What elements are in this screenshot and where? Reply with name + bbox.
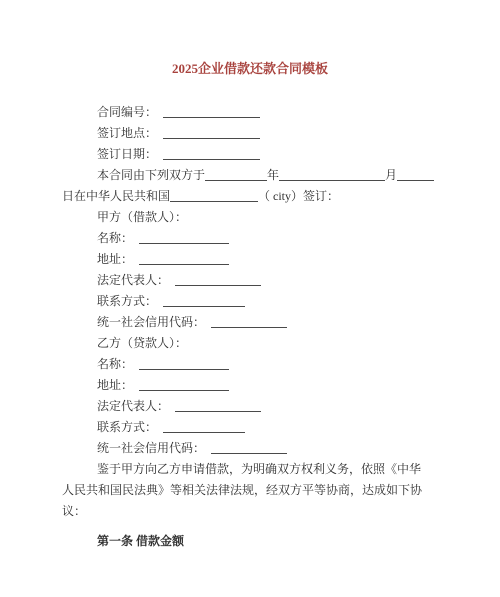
party-b-field-legal-rep: 法定代表人： bbox=[62, 396, 438, 417]
blank-party-a-address bbox=[139, 253, 229, 265]
intro-text-prefix: 本合同由下列双方于 bbox=[97, 168, 205, 182]
party-a-field-address: 地址： bbox=[62, 249, 438, 270]
blank-party-a-name bbox=[139, 232, 229, 244]
party-b-field-contact: 联系方式： bbox=[62, 417, 438, 438]
blank-signing-place bbox=[163, 127, 260, 139]
party-b-label-contact: 联系方式： bbox=[97, 420, 157, 434]
intro-month-label: 月 bbox=[385, 168, 397, 182]
field-label-signing-place: 签订地点： bbox=[97, 126, 157, 140]
field-label-contract-number: 合同编号： bbox=[97, 105, 157, 119]
blank-day bbox=[397, 169, 434, 181]
blank-party-b-address bbox=[139, 379, 229, 391]
party-b-label-name: 名称： bbox=[97, 357, 133, 371]
party-a-field-contact: 联系方式： bbox=[62, 291, 438, 312]
blank-party-b-legal-rep bbox=[175, 400, 261, 412]
section-1-heading: 第一条 借款金额 bbox=[62, 531, 438, 552]
party-a-heading: 甲方（借款人）： bbox=[62, 207, 438, 228]
blank-party-a-legal-rep bbox=[175, 274, 261, 286]
field-signing-place: 签订地点： bbox=[62, 123, 438, 144]
intro-paragraph: 本合同由下列双方于年月日在中华人民共和国（ city）签订： bbox=[62, 165, 438, 207]
blank-city bbox=[170, 190, 258, 202]
field-label-signing-date: 签订日期： bbox=[97, 147, 157, 161]
blank-party-b-credit-code bbox=[211, 442, 287, 454]
blank-contract-number bbox=[163, 106, 260, 118]
party-a-label-contact: 联系方式： bbox=[97, 294, 157, 308]
intro-text-sign: （ city）签订： bbox=[258, 189, 339, 203]
party-b-label-credit-code: 统一社会信用代码： bbox=[97, 441, 205, 455]
blank-party-a-credit-code bbox=[211, 316, 287, 328]
field-signing-date: 签订日期： bbox=[62, 144, 438, 165]
party-a-label-credit-code: 统一社会信用代码： bbox=[97, 315, 205, 329]
party-a-field-legal-rep: 法定代表人： bbox=[62, 270, 438, 291]
party-b-field-credit-code: 统一社会信用代码： bbox=[62, 438, 438, 459]
party-b-field-name: 名称： bbox=[62, 354, 438, 375]
party-b-field-address: 地址： bbox=[62, 375, 438, 396]
party-a-label-address: 地址： bbox=[97, 252, 133, 266]
blank-signing-date bbox=[163, 148, 260, 160]
party-b-label-legal-rep: 法定代表人： bbox=[97, 399, 169, 413]
intro-text-country: 日在中华人民共和国 bbox=[62, 189, 170, 203]
whereas-paragraph: 鉴于甲方向乙方申请借款，为明确双方权利义务，依照《中华人民共和国民法典》等相关法… bbox=[62, 459, 432, 522]
field-contract-number: 合同编号： bbox=[62, 102, 438, 123]
party-b-heading: 乙方（贷款人）： bbox=[62, 333, 438, 354]
contract-document-page: 2025企业借款还款合同模板 合同编号： 签订地点： 签订日期： 本合同由下列双… bbox=[0, 0, 500, 597]
party-b-label-address: 地址： bbox=[97, 378, 133, 392]
party-a-label-name: 名称： bbox=[97, 231, 133, 245]
document-title: 2025企业借款还款合同模板 bbox=[62, 59, 438, 79]
party-a-field-credit-code: 统一社会信用代码： bbox=[62, 312, 438, 333]
party-a-field-name: 名称： bbox=[62, 228, 438, 249]
blank-party-b-contact bbox=[163, 421, 245, 433]
blank-party-b-name bbox=[139, 358, 229, 370]
intro-year-label: 年 bbox=[267, 168, 279, 182]
party-a-label-legal-rep: 法定代表人： bbox=[97, 273, 169, 287]
blank-month bbox=[279, 169, 385, 181]
blank-year bbox=[205, 169, 267, 181]
blank-party-a-contact bbox=[163, 295, 245, 307]
